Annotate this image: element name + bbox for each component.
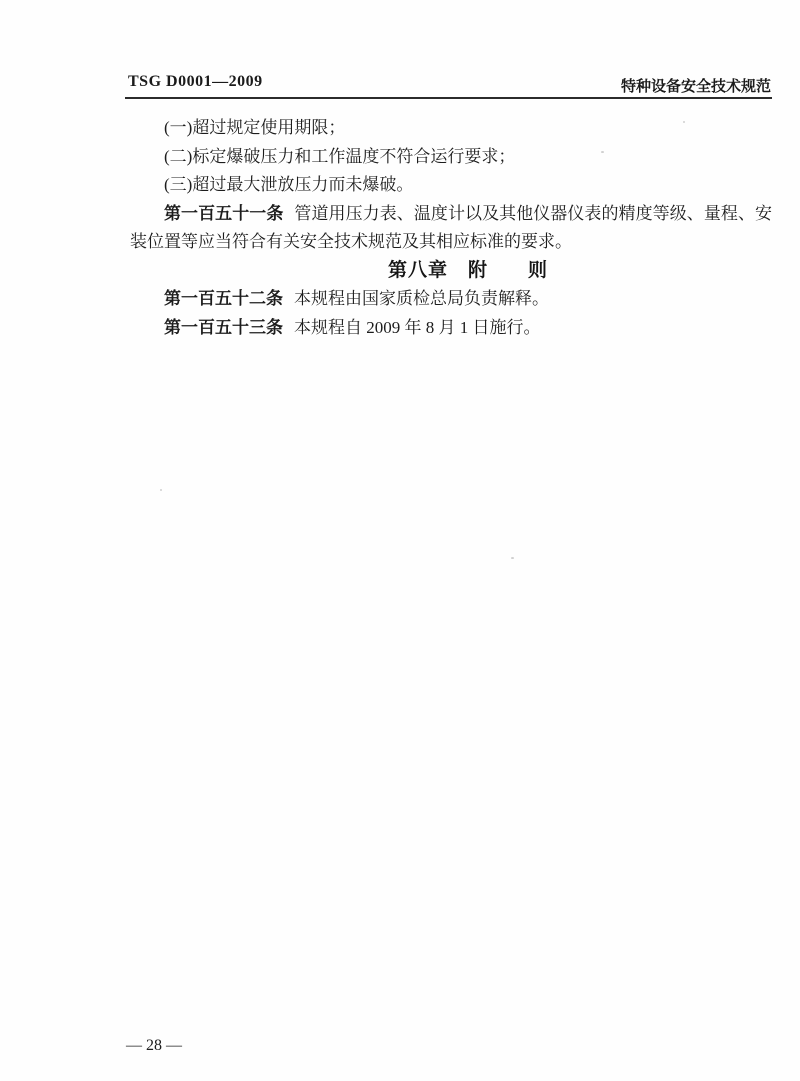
article-153: 第一百五十三条本规程自 2009 年 8 月 1 日施行。 [130,314,772,343]
list-item-1: (一)超过规定使用期限； [130,114,772,143]
scan-speckle [511,557,514,559]
article-153-label: 第一百五十三条 [164,318,283,337]
header-document-code: TSG D0001—2009 [128,73,263,91]
header-document-title: 特种设备安全技术规范 [621,75,771,96]
list-item-2: (二)标定爆破压力和工作温度不符合运行要求； [130,143,772,172]
article-152-text: 本规程由国家质检总局负责解释。 [294,289,549,308]
list-item-3: (三)超过最大泄放压力而未爆破。 [130,171,772,200]
document-page: TSG D0001—2009 特种设备安全技术规范 (一)超过规定使用期限； (… [0,0,800,1081]
article-153-text: 本规程自 2009 年 8 月 1 日施行。 [294,318,541,337]
scan-speckle [683,121,685,123]
chapter-heading: 第八章 附 则 [130,257,772,286]
article-151: 第一百五十一条管道用压力表、温度计以及其他仪器仪表的精度等级、量程、安装位置等应… [130,200,772,257]
header-rule [125,97,772,99]
page-number: — 28 — [126,1037,182,1055]
article-151-label: 第一百五十一条 [164,204,283,223]
scan-speckle [601,151,604,153]
scan-speckle [160,489,162,491]
article-152: 第一百五十二条本规程由国家质检总局负责解释。 [130,285,772,314]
article-152-label: 第一百五十二条 [164,289,283,308]
document-body: (一)超过规定使用期限； (二)标定爆破压力和工作温度不符合运行要求； (三)超… [130,114,772,342]
